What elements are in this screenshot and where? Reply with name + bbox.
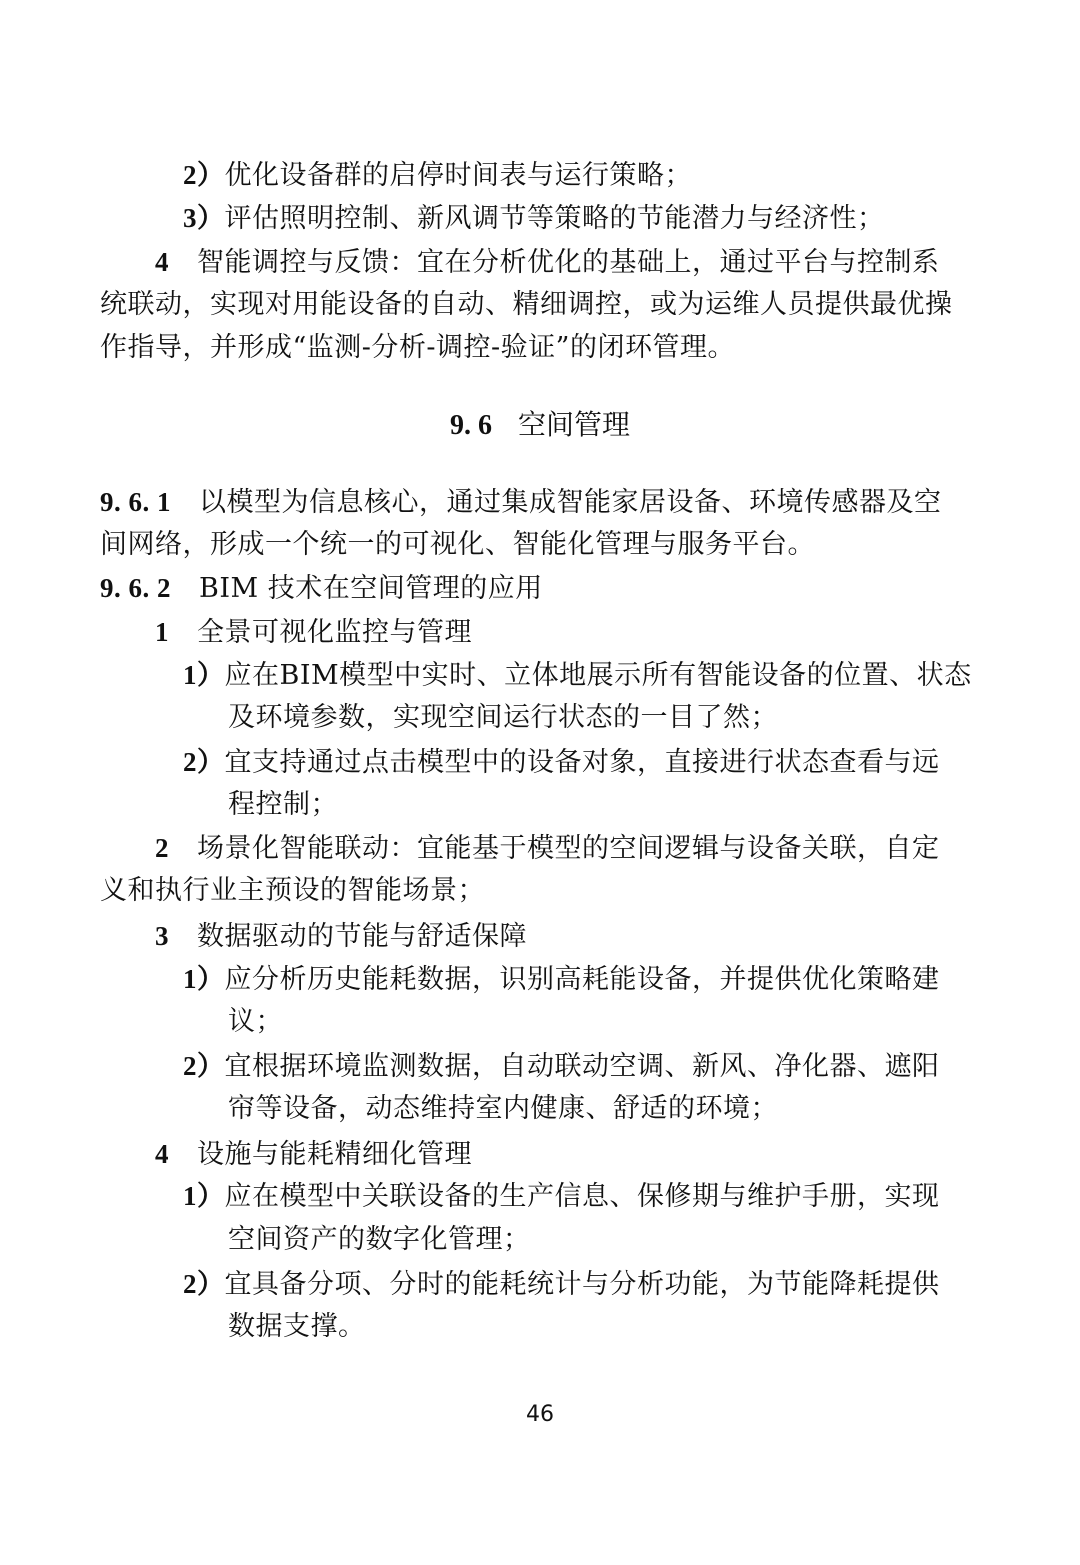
sub-item-line: 应在BIM模型中实时、立体地展示所有智能设备的位置、状态 [225, 660, 972, 691]
sub-item-line: 空间资产的数字化管理； [228, 1223, 531, 1257]
list-item-3: 3数据驱动的节能与舒适保障 [155, 919, 527, 954]
page-number: 46 [0, 1402, 1080, 1428]
section-number: 9. 6 [450, 410, 492, 441]
sub-item: 1）应在模型中关联设备的生产信息、保修期与维护手册，实现 [183, 1179, 940, 1214]
item-marker: 4 [155, 245, 169, 279]
item-line: 义和执行业主预设的智能场景； [100, 874, 485, 908]
sub-item: 2）宜支持通过点击模型中的设备对象，直接进行状态查看与远 [183, 745, 940, 780]
clause-title: BIM 技术在空间管理的应用 [199, 573, 543, 604]
sub-item-line: 应在模型中关联设备的生产信息、保修期与维护手册，实现 [225, 1181, 940, 1212]
item-title: 数据驱动的节能与舒适保障 [197, 921, 527, 952]
item-marker: 2 [155, 831, 169, 865]
paragraph-item-4: 4智能调控与反馈：宜在分析优化的基础上，通过平台与控制系 [155, 245, 940, 280]
clause-line: 以模型为信息核心，通过集成智能家居设备、环境传感器及空 [199, 487, 942, 518]
clause-9-6-2: 9. 6. 2BIM 技术在空间管理的应用 [100, 571, 543, 606]
item-text: 评估照明控制、新风调节等策略的节能潜力与经济性； [225, 203, 885, 234]
section-heading: 9. 6空间管理 [0, 407, 1080, 444]
sub-item-line: 程控制； [228, 788, 338, 822]
item-marker: 2） [183, 1049, 225, 1083]
item-marker: 1） [183, 962, 225, 996]
item-marker: 2） [183, 158, 225, 192]
list-item-2: 2场景化智能联动：宜能基于模型的空间逻辑与设备关联，自定 [155, 831, 940, 866]
sub-item: 2）宜具备分项、分时的能耗统计与分析功能，为节能降耗提供 [183, 1267, 940, 1302]
sub-item: 1）应分析历史能耗数据，识别高耗能设备，并提供优化策略建 [183, 962, 940, 997]
sub-item-line: 宜具备分项、分时的能耗统计与分析功能，为节能降耗提供 [225, 1269, 940, 1300]
sub-item-line: 应分析历史能耗数据，识别高耗能设备，并提供优化策略建 [225, 964, 940, 995]
item-title: 设施与能耗精细化管理 [197, 1139, 472, 1170]
sub-item-line: 议； [228, 1005, 283, 1039]
clause-9-6-1: 9. 6. 1以模型为信息核心，通过集成智能家居设备、环境传感器及空 [100, 485, 942, 520]
item-text: 优化设备群的启停时间表与运行策略； [225, 160, 693, 191]
sub-item-line: 宜支持通过点击模型中的设备对象，直接进行状态查看与远 [225, 747, 940, 778]
list-item: 3）评估照明控制、新风调节等策略的节能潜力与经济性； [183, 201, 885, 236]
list-item: 2）优化设备群的启停时间表与运行策略； [183, 158, 692, 193]
item-marker: 1） [183, 1179, 225, 1213]
item-marker: 2） [183, 745, 225, 779]
list-item-1: 1全景可视化监控与管理 [155, 615, 472, 650]
item-title: 全景可视化监控与管理 [197, 617, 472, 648]
item-marker: 3 [155, 919, 169, 953]
sub-item: 2）宜根据环境监测数据，自动联动空调、新风、净化器、遮阳 [183, 1049, 940, 1084]
item-marker: 2） [183, 1267, 225, 1301]
sub-item-line: 数据支撑。 [228, 1310, 366, 1344]
item-line: 场景化智能联动：宜能基于模型的空间逻辑与设备关联，自定 [197, 833, 940, 864]
clause-number: 9. 6. 2 [100, 573, 171, 603]
sub-item-line: 及环境参数，实现空间运行状态的一目了然； [228, 701, 778, 735]
sub-item-line: 宜根据环境监测数据，自动联动空调、新风、净化器、遮阳 [225, 1051, 940, 1082]
sub-item-line: 帘等设备，动态维持室内健康、舒适的环境； [228, 1092, 778, 1126]
paragraph-line: 智能调控与反馈：宜在分析优化的基础上，通过平台与控制系 [197, 247, 940, 278]
item-marker: 1） [183, 658, 225, 692]
paragraph-line: 作指导，并形成“监测-分析-调控-验证”的闭环管理。 [100, 331, 735, 365]
clause-number: 9. 6. 1 [100, 487, 171, 517]
item-marker: 4 [155, 1137, 169, 1171]
list-item-4: 4设施与能耗精细化管理 [155, 1137, 472, 1172]
paragraph-line: 统联动，实现对用能设备的自动、精细调控，或为运维人员提供最优操 [100, 288, 953, 322]
section-title: 空间管理 [518, 408, 630, 441]
item-marker: 1 [155, 615, 169, 649]
clause-line: 间网络，形成一个统一的可视化、智能化管理与服务平台。 [100, 528, 815, 562]
item-marker: 3） [183, 201, 225, 235]
sub-item: 1）应在BIM模型中实时、立体地展示所有智能设备的位置、状态 [183, 658, 972, 693]
